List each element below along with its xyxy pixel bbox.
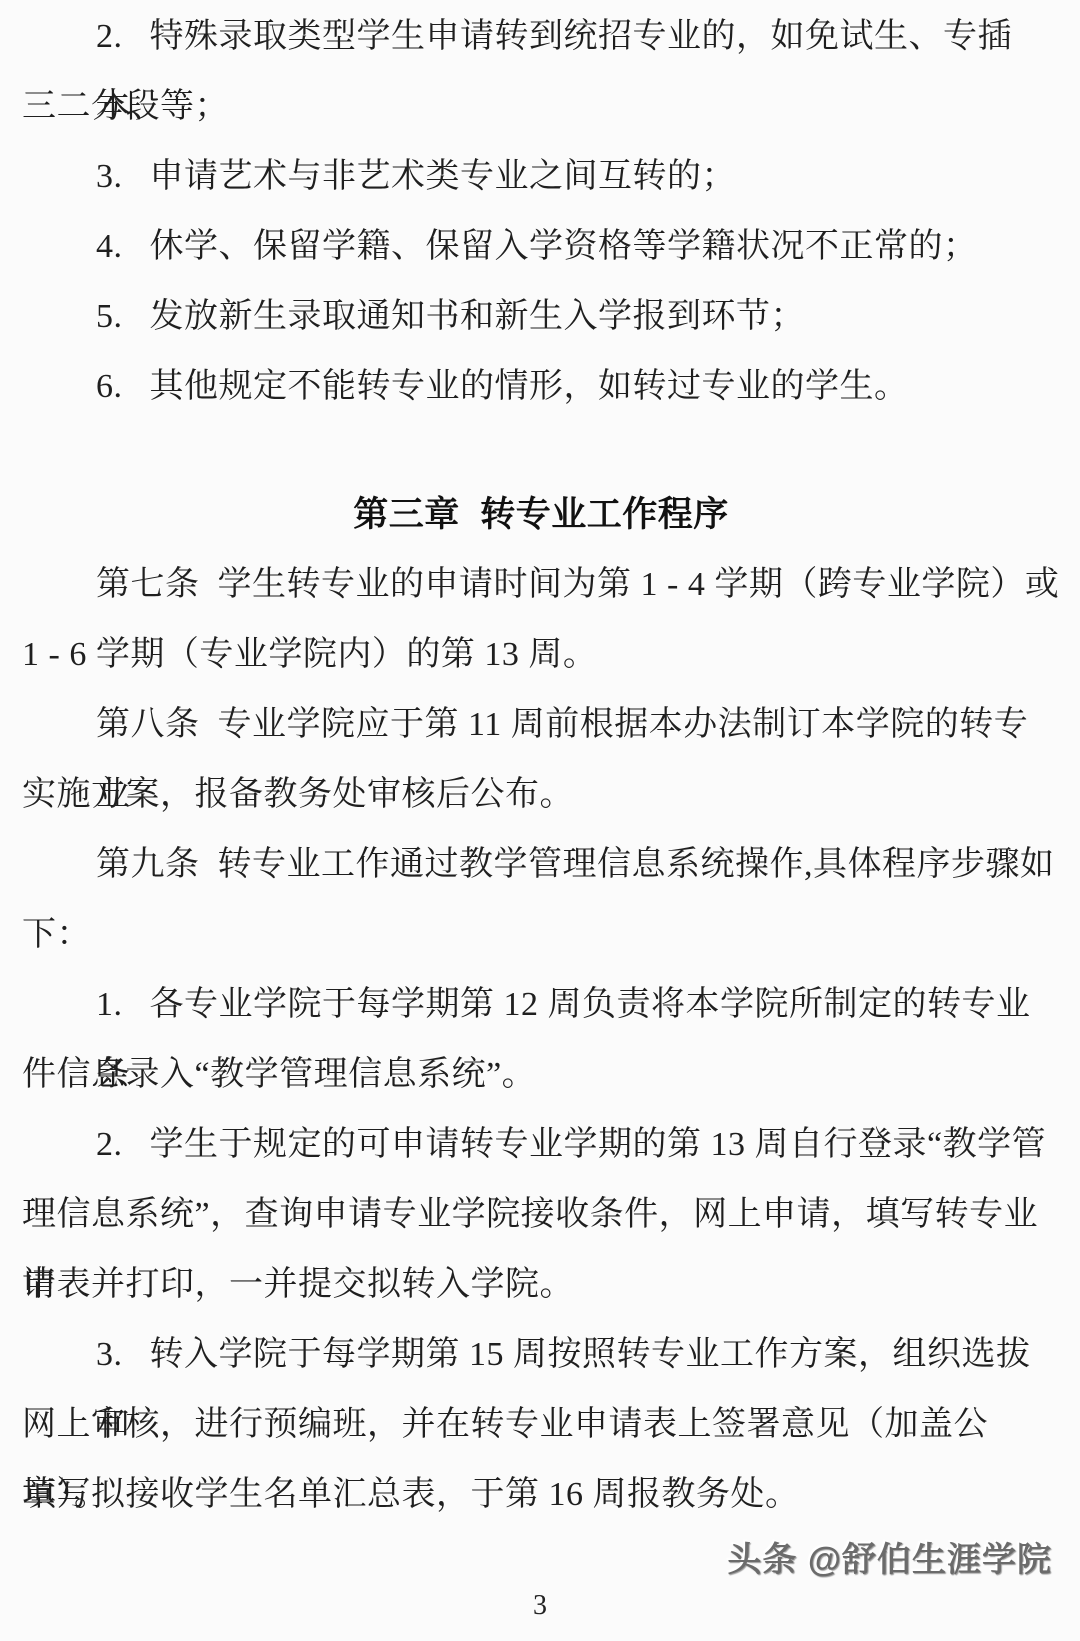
list-item-2-line-2: 三二分段等； bbox=[22, 72, 1060, 142]
document-body: 2. 特殊录取类型学生申请转到统招专业的，如免试生、专插本、 三二分段等； 3.… bbox=[22, 2, 1060, 1530]
article-9-line-1: 第九条 转专业工作通过教学管理信息系统操作,具体程序步骤如 bbox=[22, 830, 1060, 900]
list-item-2-line-1: 2. 特殊录取类型学生申请转到统招专业的，如免试生、专插本、 bbox=[22, 2, 1060, 72]
procedure-step-1-line-2: 件信息录入“教学管理信息系统”。 bbox=[22, 1040, 1060, 1110]
article-9-line-2: 下： bbox=[22, 900, 1060, 970]
chapter-heading: 第三章 转专业工作程序 bbox=[22, 480, 1060, 550]
article-7-line-2: 1 - 6 学期（专业学院内）的第 13 周。 bbox=[22, 620, 1060, 690]
article-8-line-2: 实施方案，报备教务处审核后公布。 bbox=[22, 760, 1060, 830]
procedure-step-3-line-3: 填写拟接收学生名单汇总表，于第 16 周报教务处。 bbox=[22, 1460, 1060, 1530]
page-number: 3 bbox=[0, 1586, 1080, 1626]
procedure-step-3-line-1: 3. 转入学院于每学期第 15 周按照转专业工作方案，组织选拔和 bbox=[22, 1320, 1060, 1390]
list-item-5: 5. 发放新生录取通知书和新生入学报到环节； bbox=[22, 282, 1060, 352]
procedure-step-1-line-1: 1. 各专业学院于每学期第 12 周负责将本学院所制定的转专业条 bbox=[22, 970, 1060, 1040]
list-item-4: 4. 休学、保留学籍、保留入学资格等学籍状况不正常的； bbox=[22, 212, 1060, 282]
list-item-6: 6. 其他规定不能转专业的情形，如转过专业的学生。 bbox=[22, 352, 1060, 422]
watermark-toutiao-credit: 头条 @舒伯生涯学院 bbox=[727, 1532, 1052, 1581]
procedure-step-2-line-2: 理信息系统”，查询申请专业学院接收条件，网上申请，填写转专业申 bbox=[22, 1180, 1060, 1250]
procedure-step-2-line-3: 请表并打印，一并提交拟转入学院。 bbox=[22, 1250, 1060, 1320]
procedure-step-2-line-1: 2. 学生于规定的可申请转专业学期的第 13 周自行登录“教学管 bbox=[22, 1110, 1060, 1180]
list-item-3: 3. 申请艺术与非艺术类专业之间互转的； bbox=[22, 142, 1060, 212]
article-8-line-1: 第八条 专业学院应于第 11 周前根据本办法制订本学院的转专业 bbox=[22, 690, 1060, 760]
procedure-step-3-line-2: 网上审核，进行预编班，并在转专业申请表上签署意见（加盖公章）。 bbox=[22, 1390, 1060, 1460]
article-7-line-1: 第七条 学生转专业的申请时间为第 1 - 4 学期（跨专业学院）或 bbox=[22, 550, 1060, 620]
document-page: 2. 特殊录取类型学生申请转到统招专业的，如免试生、专插本、 三二分段等； 3.… bbox=[0, 0, 1080, 1641]
